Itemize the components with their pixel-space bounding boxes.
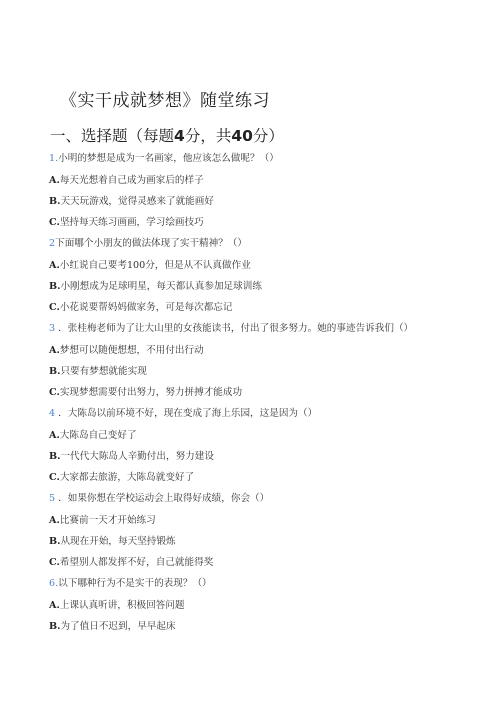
points-total: 40 — [231, 127, 253, 145]
option-letter: B. — [49, 281, 60, 292]
option-1c: C.坚持每天练习画画，学习绘画技巧 — [49, 217, 204, 229]
option-text: 小红说自己要考100分，但是从不认真做作业 — [60, 260, 251, 271]
option-3b: B.只要有梦想就能实现 — [49, 366, 147, 378]
question-text: 下面哪个小朋友的做法体现了实干精神？（） — [55, 238, 247, 249]
question-5: 5 ．如果你想在学校运动会上取得好成绩，你会（） — [49, 493, 269, 505]
question-text: ．张桂梅老师为了让大山里的女孩能读书，付出了很多努力。她的事迹告诉我们（） — [55, 323, 413, 334]
question-3: 3 ．张桂梅老师为了让大山里的女孩能读书，付出了很多努力。她的事迹告诉我们（） — [49, 323, 413, 335]
option-text: 小刚想成为足球明星，每天都认真参加足球训练 — [60, 281, 261, 292]
option-2a: A.小红说自己要考100分，但是从不认真做作业 — [49, 260, 251, 272]
option-letter: A. — [49, 515, 60, 526]
question-text: ．如果你想在学校运动会上取得好成绩，你会（） — [55, 493, 269, 504]
question-text: 小明的梦想是成为一名画家，他应该怎么做呢？（） — [58, 153, 279, 164]
option-letter: B. — [49, 366, 60, 377]
option-text: 比赛前一天才开始练习 — [60, 515, 156, 526]
option-text: 大家都去旅游，大陈岛就变好了 — [60, 472, 194, 483]
option-letter: A. — [49, 175, 60, 186]
option-text: 一代代大陈岛人辛勤付出，努力建设 — [60, 451, 214, 462]
option-1b: B.天天玩游戏，觉得灵感来了就能画好 — [49, 196, 214, 208]
option-5c: C.希望别人都发挥不好，自己就能得奖 — [49, 557, 213, 569]
document-title: 《实干成就梦想》随堂练习 — [60, 86, 270, 111]
question-text: ．大陈岛以前环境不好，现在变成了海上乐园，这是因为（） — [55, 408, 317, 419]
option-4c: C.大家都去旅游，大陈岛就变好了 — [49, 472, 194, 484]
question-2: 2下面哪个小朋友的做法体现了实干精神？（） — [49, 238, 247, 250]
question-number: 1. — [49, 153, 58, 164]
option-3c: C.实现梦想需要付出努力，努力拼搏才能成功 — [49, 387, 242, 399]
option-letter: C. — [49, 302, 60, 313]
question-number: 6. — [49, 578, 58, 589]
points-each: 4 — [174, 127, 185, 145]
option-text: 梦想可以随便想想，不用付出行动 — [60, 345, 204, 356]
option-1a: A.每天光想着自己成为画家后的样子 — [49, 175, 204, 187]
option-text: 从现在开始，每天坚持锻炼 — [60, 536, 175, 547]
question-4: 4 ．大陈岛以前环境不好，现在变成了海上乐园，这是因为（） — [49, 408, 317, 420]
option-text: 实现梦想需要付出努力，努力拼搏才能成功 — [60, 387, 242, 398]
question-1: 1.小明的梦想是成为一名画家，他应该怎么做呢？（） — [49, 153, 279, 165]
option-letter: A. — [49, 430, 60, 441]
option-6b: B.为了值日不迟到，早早起床 — [49, 621, 176, 633]
option-text: 上课认真听讲，积极回答问题 — [60, 600, 185, 611]
option-text: 只要有梦想就能实现 — [60, 366, 146, 377]
option-2c: C.小花说要帮妈妈做家务，可是每次都忘记 — [49, 302, 233, 314]
option-3a: A.梦想可以随便想想，不用付出行动 — [49, 345, 204, 357]
option-4a: A.大陈岛自己变好了 — [49, 430, 137, 442]
option-text: 天天玩游戏，觉得灵感来了就能画好 — [60, 196, 214, 207]
option-text: 为了值日不迟到，早早起床 — [60, 621, 175, 632]
option-letter: A. — [49, 260, 60, 271]
option-letter: C. — [49, 472, 60, 483]
option-5b: B.从现在开始，每天坚持锻炼 — [49, 536, 176, 548]
section-suffix: 分） — [253, 127, 284, 145]
option-letter: B. — [49, 621, 60, 632]
section-prefix: 一、选择题（每题 — [50, 127, 174, 145]
option-letter: C. — [49, 387, 60, 398]
option-text: 每天光想着自己成为画家后的样子 — [60, 175, 204, 186]
option-letter: B. — [49, 451, 60, 462]
option-2b: B.小刚想成为足球明星，每天都认真参加足球训练 — [49, 281, 262, 293]
section-mid: 分，共 — [185, 127, 232, 145]
option-4b: B.一代代大陈岛人辛勤付出，努力建设 — [49, 451, 214, 463]
question-6: 6.以下哪种行为不是实干的表现？（） — [49, 578, 212, 590]
option-letter: C. — [49, 557, 60, 568]
option-letter: A. — [49, 600, 60, 611]
option-6a: A.上课认真听讲，积极回答问题 — [49, 600, 185, 612]
section-heading: 一、选择题（每题4分，共40分） — [50, 124, 284, 146]
option-letter: A. — [49, 345, 60, 356]
option-text: 小花说要帮妈妈做家务，可是每次都忘记 — [60, 302, 233, 313]
option-text: 坚持每天练习画画，学习绘画技巧 — [60, 217, 204, 228]
option-letter: B. — [49, 536, 60, 547]
option-5a: A.比赛前一天才开始练习 — [49, 515, 156, 527]
option-letter: C. — [49, 217, 60, 228]
question-text: 以下哪种行为不是实干的表现？（） — [58, 578, 212, 589]
option-text: 希望别人都发挥不好，自己就能得奖 — [60, 557, 214, 568]
option-letter: B. — [49, 196, 60, 207]
option-text: 大陈岛自己变好了 — [60, 430, 137, 441]
